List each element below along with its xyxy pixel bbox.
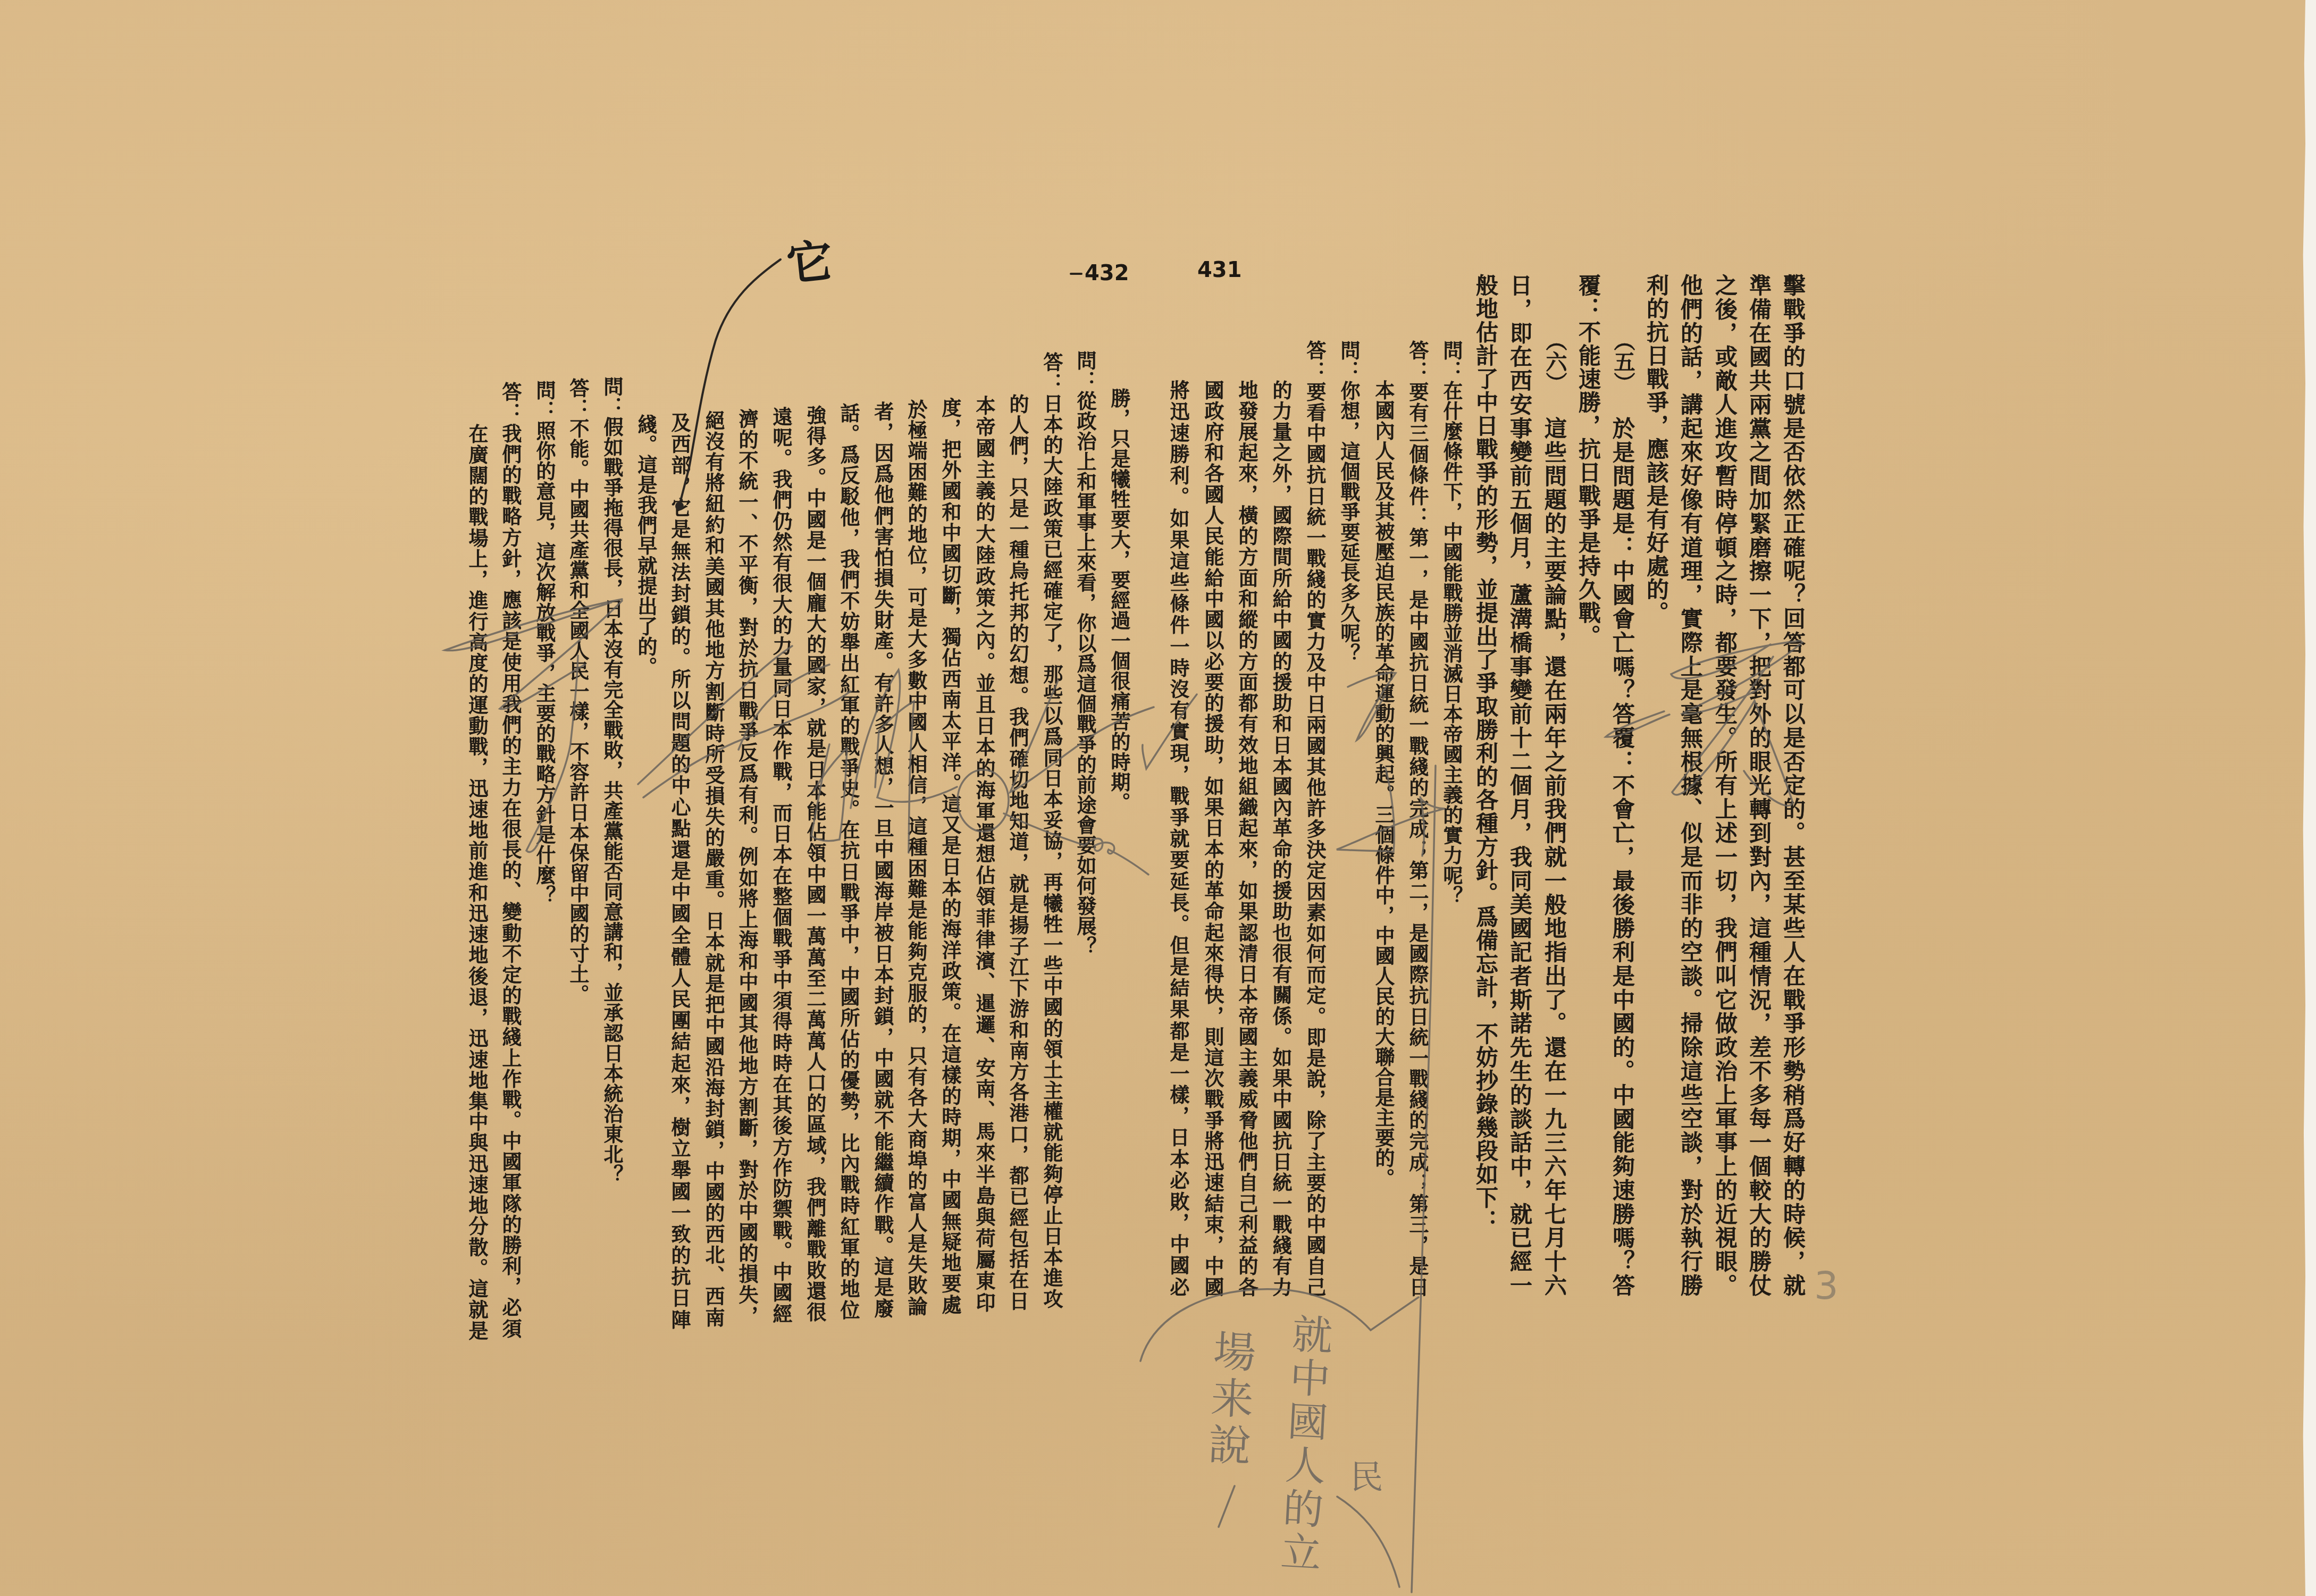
pencil-scribble [811, 744, 847, 841]
handwritten-insertion: 民 [1345, 1459, 1380, 1492]
pencil-scribble [638, 646, 792, 784]
ink-dot [675, 502, 684, 510]
pencil-scribble [1143, 694, 1197, 769]
pencil-scribble [1010, 681, 1154, 792]
pencil-scribble [1671, 641, 1801, 678]
handwritten-correction: 它 [785, 238, 835, 289]
pencil-scribble [500, 601, 622, 709]
pencil-scribble [851, 670, 957, 808]
pencil-scribble [1683, 642, 1802, 714]
pencil-slash [1219, 1486, 1235, 1527]
annotation-layer [0, 0, 2316, 1596]
pencil-bracket-arc [1140, 1289, 1419, 1361]
pencil-scribble [1348, 673, 1396, 740]
pencil-vertical-line [1412, 766, 1436, 1592]
handwritten-note-left-column: 場来說 [1199, 1328, 1253, 1471]
pencil-scribble [1606, 711, 1669, 737]
pencil-circle [958, 770, 1009, 831]
pencil-page-mark: 3 [1814, 1266, 1839, 1305]
pencil-underline-loops [1004, 813, 1148, 875]
pencil-bracket-arc [1337, 1497, 1399, 1587]
pencil-scribble [1337, 768, 1445, 856]
ink-correction-line [679, 259, 781, 505]
